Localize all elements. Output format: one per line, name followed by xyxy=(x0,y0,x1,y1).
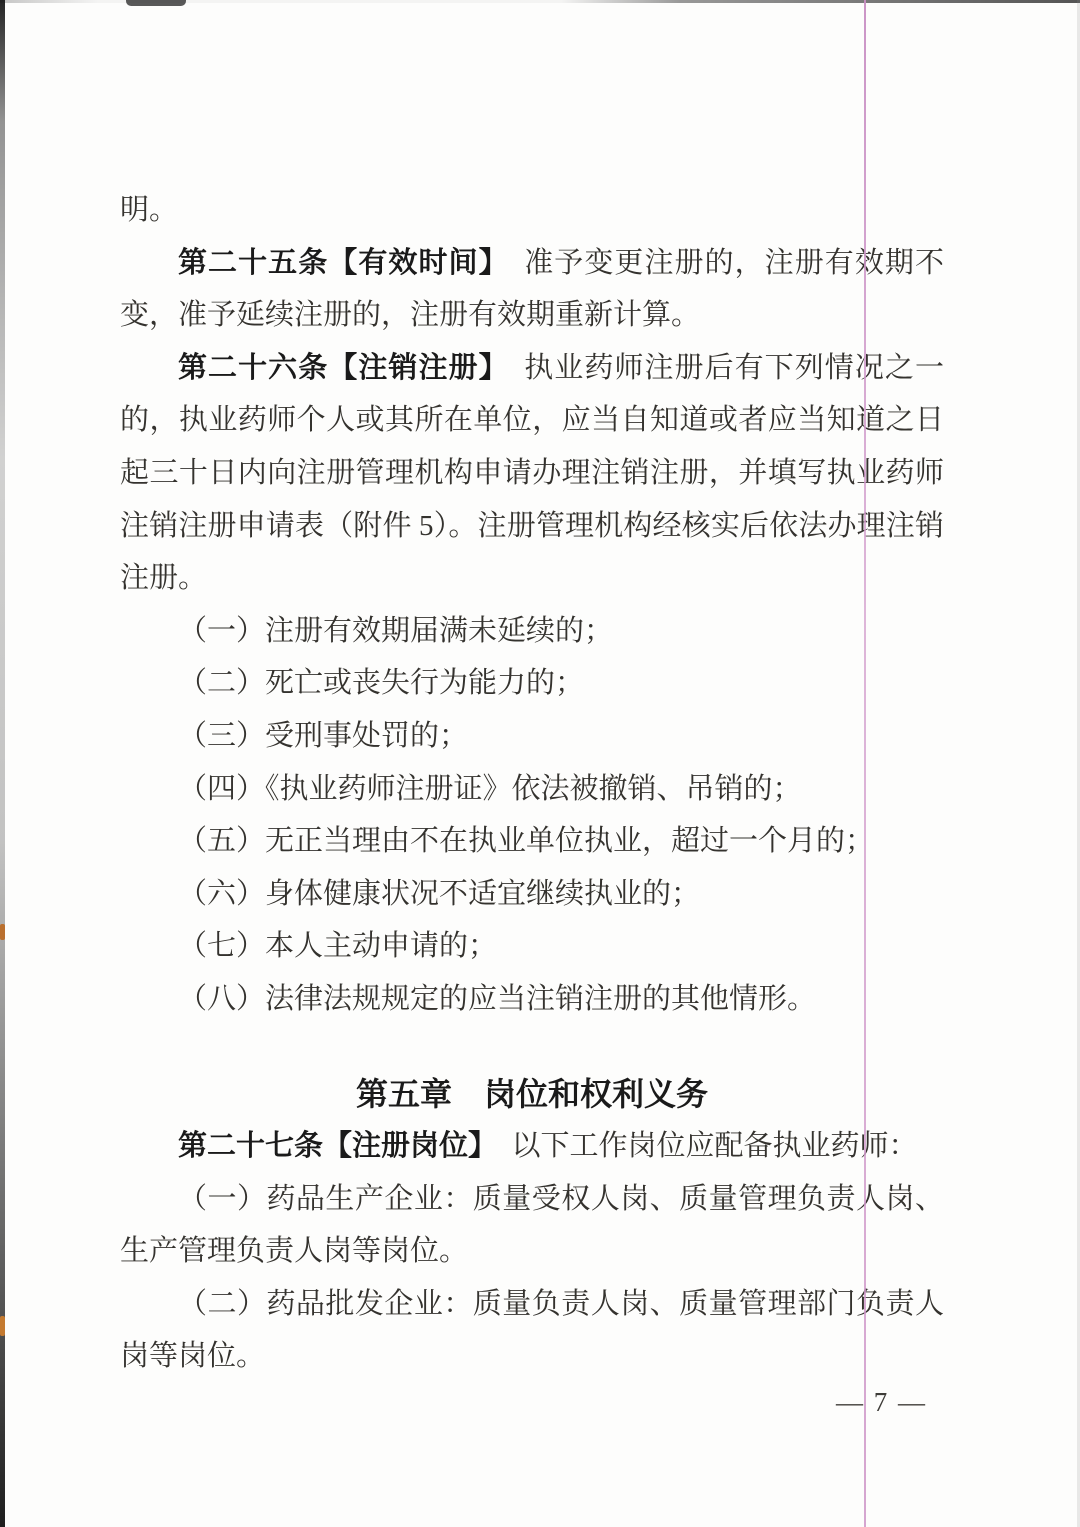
list-item: （七）本人主动申请的； xyxy=(120,920,944,973)
list-item: （二）药品批发企业：质量负责人岗、质量管理部门负责人岗等岗位。 xyxy=(120,1278,944,1383)
article-paragraph: 第二十七条【注册岗位】 以下工作岗位应配备执业药师： xyxy=(120,1120,944,1173)
article-lead: 第二十六条【注销注册】 xyxy=(178,352,494,384)
article-lead: 第二十五条【有效时间】 xyxy=(178,247,494,279)
article-text: 以下工作岗位应配备执业药师： xyxy=(483,1130,918,1162)
scan-left-edge-glint xyxy=(0,924,5,940)
article-text: 执业药师注册后有下列情况之一的，执业药师个人或其所在单位，应当自知道或者应当知道… xyxy=(120,352,944,594)
list-item: （一）注册有效期届满未延续的； xyxy=(120,605,944,658)
body-continuation: 明。 xyxy=(120,184,944,237)
list-item: （六）身体健康状况不适宜继续执业的； xyxy=(120,868,944,921)
document-body: 明。第二十五条【有效时间】 准予变更注册的，注册有效期不变，准予延续注册的，注册… xyxy=(120,184,944,1383)
scan-left-edge-shadow xyxy=(0,0,5,1527)
list-item: （三）受刑事处罚的； xyxy=(120,710,944,763)
scanned-document-page: 明。第二十五条【有效时间】 准予变更注册的，注册有效期不变，准予延续注册的，注册… xyxy=(0,0,1080,1527)
scan-top-smudge xyxy=(126,0,186,6)
binding-fold-line xyxy=(864,0,866,1527)
chapter-heading: 第五章 岗位和权利义务 xyxy=(120,1068,944,1121)
list-item: （二）死亡或丧失行为能力的； xyxy=(120,657,944,710)
list-item: （五）无正当理由不在执业单位执业，超过一个月的； xyxy=(120,815,944,868)
list-item: （四）《执业药师注册证》依法被撤销、吊销的； xyxy=(120,763,944,816)
page-number: — 7 — xyxy=(836,1387,927,1418)
list-item: （一）药品生产企业：质量受权人岗、质量管理负责人岗、生产管理负责人岗等岗位。 xyxy=(120,1173,944,1278)
article-lead: 第二十七条【注册岗位】 xyxy=(178,1130,483,1162)
scan-left-edge-glint xyxy=(0,1316,5,1336)
article-paragraph: 第二十五条【有效时间】 准予变更注册的，注册有效期不变，准予延续注册的，注册有效… xyxy=(120,237,944,342)
list-item: （八）法律法规规定的应当注销注册的其他情形。 xyxy=(120,973,944,1026)
article-paragraph: 第二十六条【注销注册】 执业药师注册后有下列情况之一的，执业药师个人或其所在单位… xyxy=(120,342,944,605)
